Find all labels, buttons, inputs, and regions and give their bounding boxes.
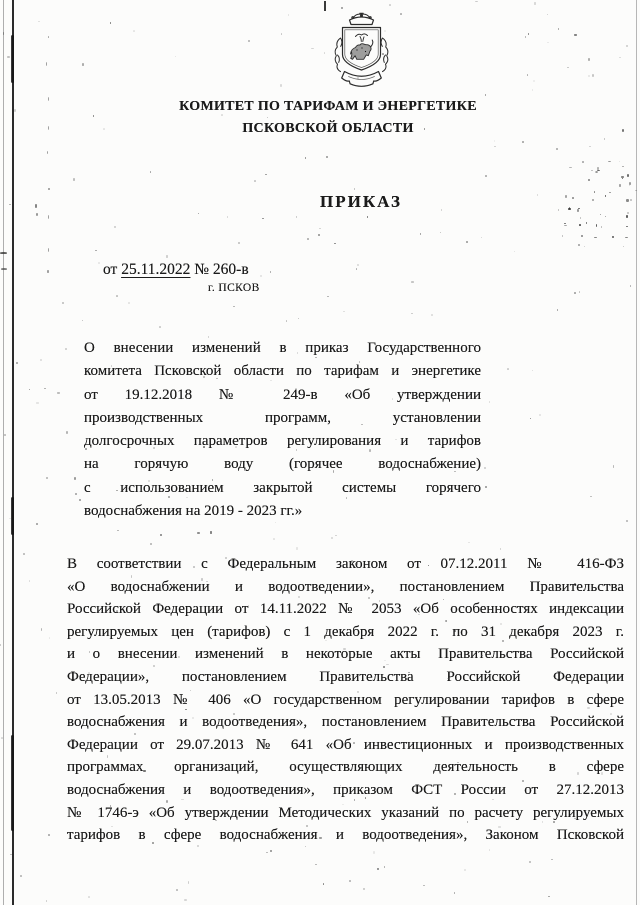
document-type-title: ПРИКАЗ [261,192,461,212]
subject-line: производственных программ, установлении [84,407,481,430]
date-and-number-line: от 25.11.2022 № 260-в [103,261,249,279]
body-line: Федерации от 29.07.2013 № 641 «Об инвест… [67,734,624,757]
scan-right-edge-line [636,0,637,905]
order-date: 25.11.2022 [121,261,190,278]
subject-line: комитета Псковской области по тарифам и … [84,360,481,383]
org-name-block: КОМИТЕТ ПО ТАРИФАМ И ЭНЕРГЕТИКЕ ПСКОВСКО… [28,97,628,138]
scan-artifact [11,497,14,535]
body-line: В соответствии с Федеральным законом от … [67,553,624,576]
subject-line: на горячую воду (горячее водоснабжение) [84,453,481,476]
body-line: водоснабжения и водоотведения», приказом… [67,779,624,802]
scan-artifact [11,735,14,831]
body-line: № 1746-э «Об утверждении Методических ук… [67,802,624,825]
org-name-line-1: КОМИТЕТ ПО ТАРИФАМ И ЭНЕРГЕТИКЕ [28,97,628,116]
subject-line: водоснабжения на 2019 - 2023 гг.» [84,500,481,523]
scan-artifact [11,35,14,83]
scan-top-tick [324,1,326,11]
pskov-coat-of-arms-emblem [330,12,393,88]
body-line: от 13.05.2013 № 406 «О государственном р… [67,689,624,712]
subject-line: О внесении изменений в приказ Государств… [84,337,481,360]
body-line: регулируемых цен (тарифов) с 1 декабря 2… [67,621,624,644]
body-paragraph: В соответствии с Федеральным законом от … [67,553,624,847]
subject-line: долгосрочных параметров регулирования и … [84,430,481,453]
body-line: водоснабжения и водоотведения», постанов… [67,711,624,734]
subject-line: от 19.12.2018 № 249-в «Об утверждении [84,384,481,407]
order-number: № 260-в [194,261,248,278]
body-line: программах организаций, осуществляющих д… [67,756,624,779]
body-line: и о внесении изменений в некоторые акты … [67,643,624,666]
body-line: «О водоснабжении и водоотведении», поста… [67,576,624,599]
subject-line: с использованием закрытой системы горяче… [84,477,481,500]
place-line: г. ПСКОВ [208,282,260,294]
scanned-order-page: КОМИТЕТ ПО ТАРИФАМ И ЭНЕРГЕТИКЕ ПСКОВСКО… [0,0,640,905]
date-prefix: от [103,261,117,278]
org-name-line-2: ПСКОВСКОЙ ОБЛАСТИ [28,119,628,138]
scan-left-edge-line [3,0,4,905]
body-line: Российской Федерации от 14.11.2022 № 205… [67,598,624,621]
subject-block: О внесении изменений в приказ Государств… [84,337,481,523]
body-line: тарифов в сфере водоснабжения и водоотве… [67,824,624,847]
body-line: Федерации», постановлением Правительства… [67,666,624,689]
